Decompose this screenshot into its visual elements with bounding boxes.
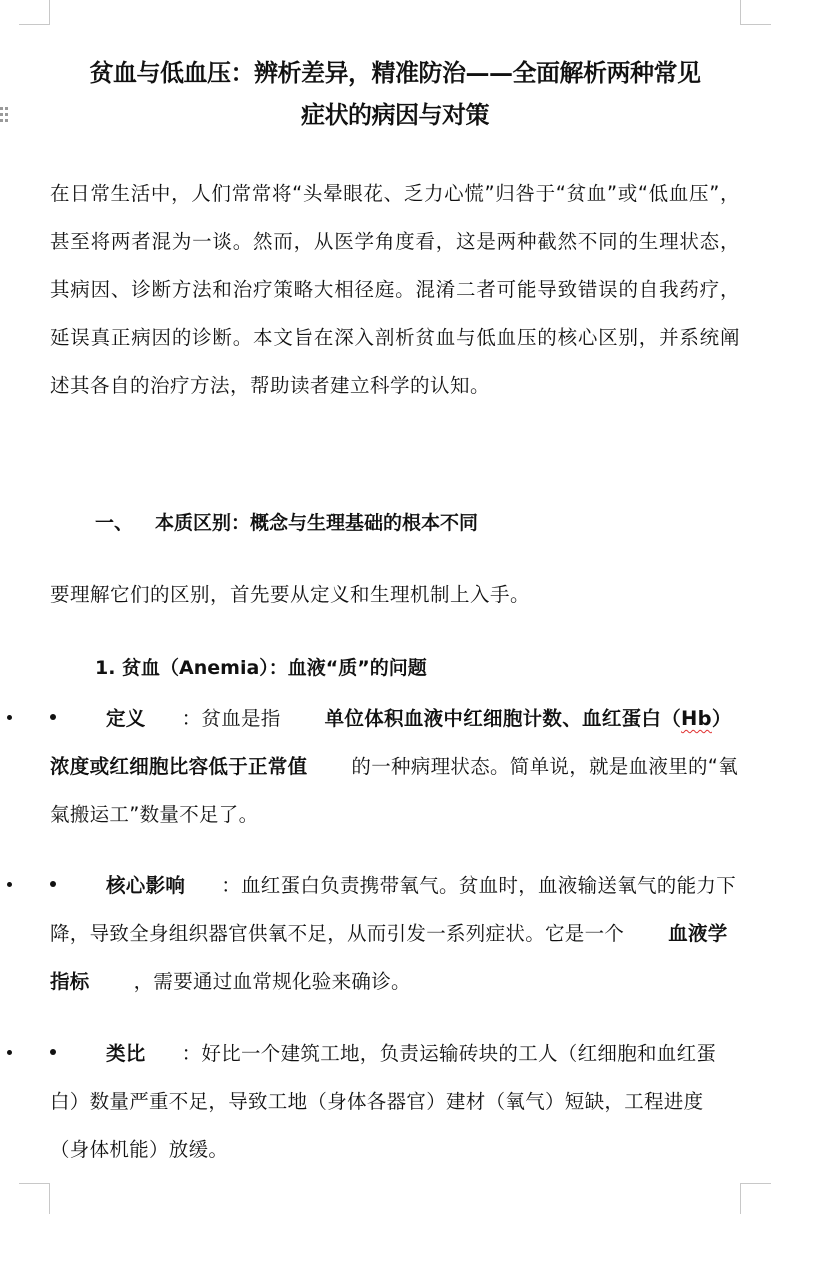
- subsection-heading-anemia: 1. 贫血（Anemia）：血液“质”的问题: [95, 648, 427, 688]
- list-item-analogy: 类比：好比一个建筑工地，负责运输砖块的工人（红细胞和血红蛋白）数量严重不足，导致…: [50, 1030, 740, 1174]
- title-line-1: 贫血与低血压：辨析差异，精准防治——全面解析两种常见: [50, 52, 740, 94]
- bullet-icon: [7, 1050, 12, 1055]
- bullet-icon: [7, 882, 12, 887]
- bullet-icon: [50, 881, 56, 887]
- page-corner-mark-bottom-left: [19, 1183, 50, 1214]
- drag-handle-icon[interactable]: [0, 107, 8, 127]
- page-corner-mark-top-left: [19, 0, 50, 25]
- list-item-label: 类比: [106, 1042, 146, 1065]
- bullet-icon: [50, 714, 56, 720]
- section-number: 一、: [95, 512, 133, 534]
- list-item-text: ：贫血是指: [182, 707, 281, 730]
- list-item-text: ，需要通过血常规化验来确诊。: [134, 970, 411, 993]
- bullet-icon: [50, 1049, 56, 1055]
- list-item-label: 定义: [106, 707, 146, 730]
- spellcheck-flagged-word[interactable]: Hb: [681, 707, 712, 730]
- document-title: 贫血与低血压：辨析差异，精准防治——全面解析两种常见 症状的病因与对策: [50, 52, 740, 136]
- bullet-icon: [7, 715, 12, 720]
- list-item-text: ：好比一个建筑工地，负责运输砖块的工人（红细胞和血红蛋白）数量严重不足，导致工地…: [50, 1042, 716, 1161]
- list-item-emphasis: 单位体积血液中红细胞计数、血红蛋白（: [325, 707, 681, 730]
- title-line-2: 症状的病因与对策: [50, 94, 740, 136]
- section-heading-1: 一、本质区别：概念与生理基础的根本不同: [95, 503, 478, 543]
- list-item-core-impact: 核心影响：血红蛋白负责携带氧气。贫血时，血液输送氧气的能力下降，导致全身组织器官…: [50, 862, 740, 1006]
- intro-paragraph: 在日常生活中，人们常常将“头晕眼花、乏力心慌”归咎于“贫血”或“低血压”，甚至将…: [50, 170, 740, 410]
- list-item-definition: 定义：贫血是指单位体积血液中红细胞计数、血红蛋白（Hb）浓度或红细胞比容低于正常…: [50, 695, 740, 839]
- section-lead-paragraph: 要理解它们的区别，首先要从定义和生理机制上入手。: [50, 571, 740, 619]
- section-heading-text: 本质区别：概念与生理基础的根本不同: [155, 512, 478, 534]
- list-item-label: 核心影响: [106, 874, 185, 897]
- page-corner-mark-bottom-right: [740, 1183, 771, 1214]
- page-corner-mark-top-right: [740, 0, 771, 25]
